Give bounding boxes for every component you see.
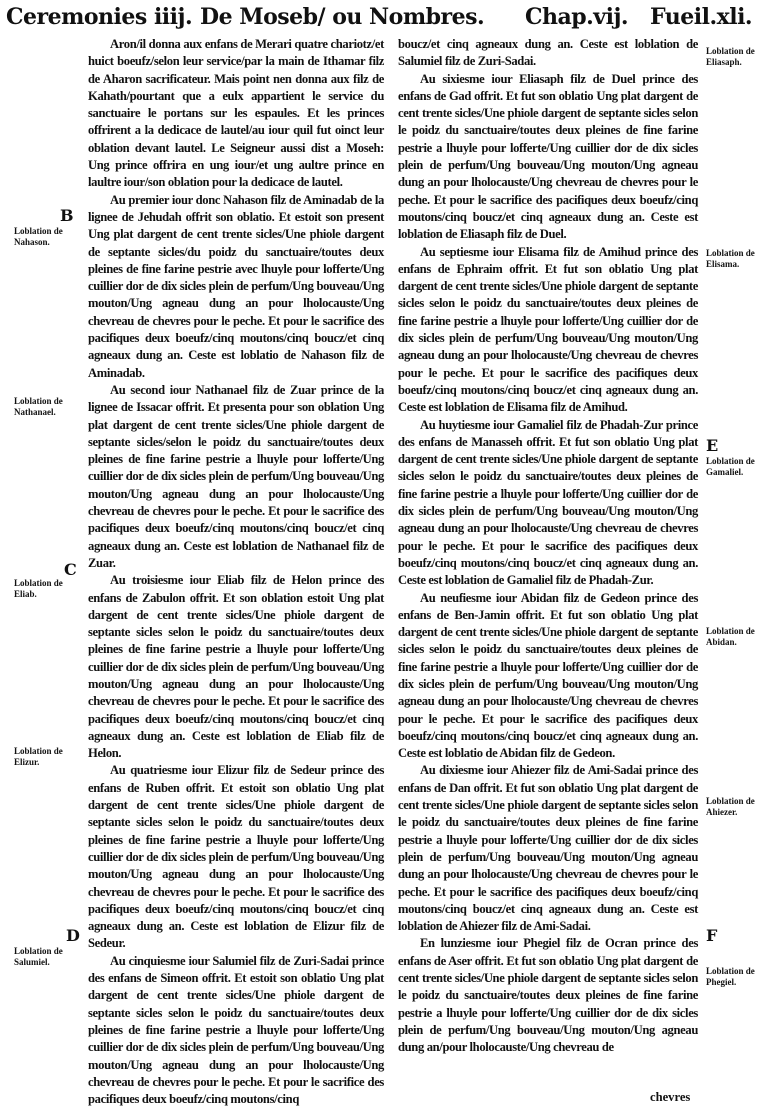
- margin-note-salumiel: Loblation de Salumiel.: [14, 946, 63, 968]
- paragraph: En lunziesme iour Phegiel filz de Ocran …: [398, 935, 698, 1056]
- margin-note-elizur: Loblation de Elizur.: [14, 746, 63, 768]
- margin-note-eliab: Loblation de Eliab.: [14, 578, 63, 600]
- margin-note-ahiezer: Loblation de Ahiezer.: [706, 796, 755, 818]
- paragraph: Au cinquiesme iour Salumiel filz de Zuri…: [88, 953, 384, 1109]
- paragraph: boucz/et cinq agneaux dung an. Ceste est…: [398, 36, 698, 71]
- left-text-column: Aron/il donna aux enfans de Merari quatr…: [88, 36, 384, 1108]
- header-folio: Fueil.xli.: [650, 4, 752, 30]
- margin-note-nathanael: Loblation de Nathanael.: [14, 396, 63, 418]
- paragraph: Au premier iour donc Nahason filz de Ami…: [88, 192, 384, 382]
- margin-note-nahason: Loblation de Nahason.: [14, 226, 63, 248]
- catchword: chevres: [650, 1090, 690, 1105]
- paragraph: Aron/il donna aux enfans de Merari quatr…: [88, 36, 384, 192]
- section-letter-b: B: [60, 206, 74, 225]
- paragraph: Au quatriesme iour Elizur filz de Sedeur…: [88, 762, 384, 952]
- paragraph: Au troisiesme iour Eliab filz de Helon p…: [88, 572, 384, 762]
- margin-note-phegiel: Loblation de Phegiel.: [706, 966, 755, 988]
- header-section-title: De Moseb/ ou Nombres.: [200, 4, 484, 30]
- margin-note-eliasaph: Loblation de Eliasaph.: [706, 46, 755, 68]
- margin-note-abidan: Loblation de Abidan.: [706, 626, 755, 648]
- paragraph: Au second iour Nathanael filz de Zuar pr…: [88, 382, 384, 572]
- header-chapter: Chap.vij.: [525, 4, 628, 30]
- section-letter-f: F: [706, 926, 717, 945]
- header-book-title: Ceremonies iiij.: [6, 4, 192, 30]
- section-letter-d: D: [66, 926, 80, 945]
- paragraph: Au neufiesme iour Abidan filz de Gedeon …: [398, 590, 698, 763]
- section-letter-e: E: [706, 436, 718, 455]
- section-letter-c: C: [64, 560, 77, 579]
- paragraph: Au dixiesme iour Ahiezer filz de Ami-Sad…: [398, 762, 698, 935]
- margin-note-elisama: Loblation de Elisama.: [706, 248, 755, 270]
- paragraph: Au sixiesme iour Eliasaph filz de Duel p…: [398, 71, 698, 244]
- margin-note-gamaliel: Loblation de Gamaliel.: [706, 456, 755, 478]
- paragraph: Au septiesme iour Elisama filz de Amihud…: [398, 244, 698, 417]
- paragraph: Au huytiesme iour Gamaliel filz de Phada…: [398, 417, 698, 590]
- right-text-column: boucz/et cinq agneaux dung an. Ceste est…: [398, 36, 698, 1057]
- running-header: Ceremonies iiij. De Moseb/ ou Nombres. C…: [0, 4, 774, 34]
